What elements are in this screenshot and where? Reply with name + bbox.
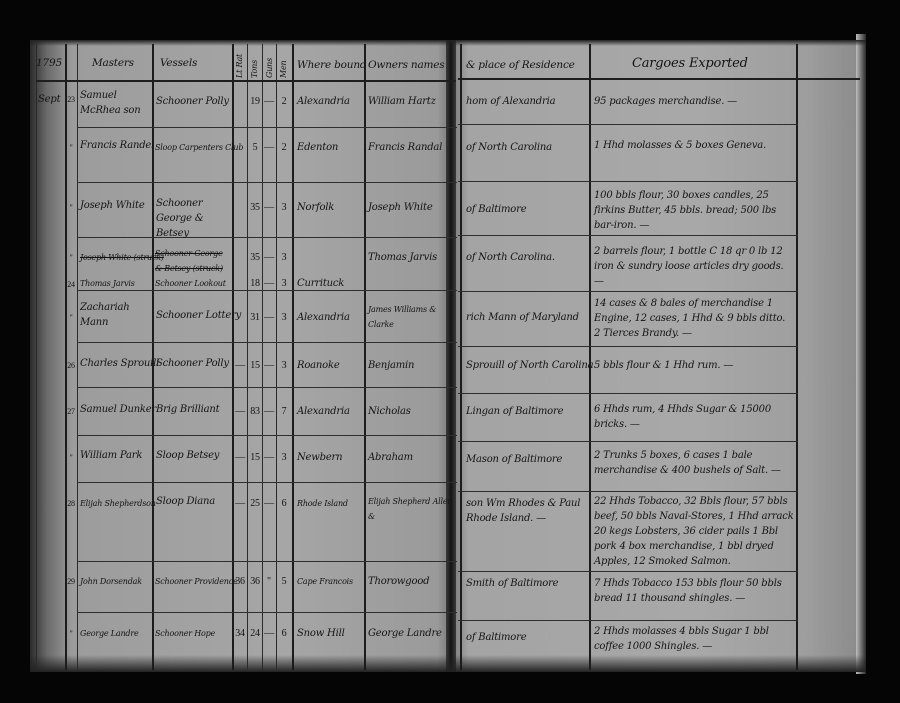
row-tons: 24 — [248, 626, 262, 641]
row-bound: Alexandria — [297, 404, 350, 419]
row-guns: — — [262, 140, 276, 155]
row-men: 6 — [277, 626, 291, 641]
row-guns: — — [262, 276, 276, 291]
row-cargo: 6 Hhds rum, 4 Hhds Sugar & 15000 bricks.… — [594, 402, 794, 432]
row-vessel: Sloop Betsey — [156, 448, 219, 463]
row-vessel: Sloop Diana — [156, 494, 215, 509]
row-cargo: 14 cases & 8 bales of merchandise 1 Engi… — [594, 296, 794, 341]
row-rule — [458, 291, 798, 292]
row-month: Sept — [38, 92, 60, 107]
row-bound: Alexandria — [297, 94, 350, 109]
row-men: 3 — [277, 310, 291, 325]
row-men: 2 — [277, 94, 291, 109]
row-cargo: 5 bbls flour & 1 Hhd rum. — — [594, 358, 794, 373]
header-vessels: Vessels — [160, 56, 197, 71]
row-guns: — — [262, 94, 276, 109]
row-cargo: 1 Hhd molasses & 5 boxes Geneva. — [594, 138, 794, 153]
row-vessel: Schooner Providence — [155, 574, 238, 589]
rule — [460, 44, 462, 670]
row-master: Francis Randel — [80, 138, 154, 153]
row-rule — [458, 393, 798, 394]
row-master: Charles Sprouill — [80, 356, 159, 371]
row-owner: Benjamin — [368, 358, 414, 373]
header-rule — [36, 80, 456, 82]
row-tons: 83 — [248, 404, 262, 419]
row-cargo: 2 Hhds molasses 4 bbls Sugar 1 bbl coffe… — [594, 624, 794, 654]
row-tons: 15 — [248, 358, 262, 373]
row-guns: — — [262, 404, 276, 419]
header-masters: Masters — [92, 56, 134, 71]
row-owner: Joseph White — [368, 200, 433, 215]
row-day: " — [64, 140, 78, 155]
row-cargo: 22 Hhds Tobacco, 32 Bbls flour, 57 bbls … — [594, 494, 794, 569]
row-tons: 31 — [248, 310, 262, 325]
row-rule — [77, 237, 457, 238]
row-rule — [458, 620, 798, 621]
row-guns: " — [262, 574, 276, 589]
row-rule — [458, 491, 798, 492]
row-owner: Elijah Shepherd Allen & — [368, 494, 454, 524]
header-place-of-residence: & place of Residence — [466, 58, 575, 73]
row-residence: of North Carolina. — [466, 250, 555, 265]
row-a: 36 — [233, 574, 247, 589]
row-owner: Thorowgood — [368, 574, 429, 589]
row-residence: Mason of Baltimore — [466, 452, 562, 467]
row-rule — [77, 482, 457, 483]
rule — [364, 44, 366, 670]
row-residence: Sprouill of North Carolina — [466, 358, 593, 373]
row-vessel: Schooner Polly — [156, 356, 229, 371]
row-rule — [77, 342, 457, 343]
row-residence: son Wm Rhodes & Paul Rhode Island. — — [466, 496, 584, 526]
rule — [292, 44, 294, 670]
row-vessel-struck: Schooner George & Betsey (struck) — [155, 246, 231, 276]
header-lt-rat: Lt Rat — [236, 50, 244, 78]
rule — [36, 44, 37, 670]
row-guns: — — [262, 496, 276, 511]
row-master: Samuel McRhea son — [80, 88, 150, 118]
row-guns: — — [262, 358, 276, 373]
row-day: 27 — [64, 404, 78, 419]
row-master: George Landre — [80, 626, 138, 641]
row-master: Samuel Dunker — [80, 402, 156, 417]
row-men: 3 — [277, 250, 291, 265]
row-cargo: 7 Hhds Tobacco 153 bbls flour 50 bbls br… — [594, 576, 794, 606]
book-gutter — [446, 40, 456, 672]
row-owner: James Williams & Clarke — [368, 302, 458, 332]
row-bound: Newbern — [297, 450, 342, 465]
row-rule — [77, 612, 457, 613]
row-rule — [458, 571, 798, 572]
row-owner: Abraham — [368, 450, 413, 465]
row-day: 29 — [64, 574, 78, 589]
row-guns: — — [262, 250, 276, 265]
row-tons: 15 — [248, 450, 262, 465]
row-vessel: Schooner Lottery — [156, 308, 241, 323]
row-rule — [458, 441, 798, 442]
row-vessel: Brig Brilliant — [156, 402, 219, 417]
row-men: 6 — [277, 496, 291, 511]
row-residence: Smith of Baltimore — [466, 576, 558, 591]
row-tons: 25 — [248, 496, 262, 511]
row-men: 3 — [277, 450, 291, 465]
row-vessel: Schooner Hope — [155, 626, 215, 641]
row-master: Elijah Shepherdson — [80, 496, 156, 511]
row-tons: 18 — [248, 276, 262, 291]
header-cargoes-exported: Cargoes Exported — [632, 56, 748, 71]
row-a: — — [233, 450, 247, 465]
row-rule — [77, 127, 457, 128]
row-residence: hom of Alexandria — [466, 94, 555, 109]
row-men: 3 — [277, 200, 291, 215]
row-tons: 36 — [248, 574, 262, 589]
top-shadow — [30, 40, 866, 46]
row-rule — [458, 181, 798, 182]
row-day: " — [64, 250, 78, 265]
row-master: Zachariah Mann — [80, 300, 144, 330]
header-tons: Tons — [251, 54, 259, 78]
row-cargo: 100 bbls flour, 30 boxes candles, 25 fir… — [594, 188, 794, 233]
row-owner: Nicholas — [368, 404, 411, 419]
row-vessel: Sloop Carpenters Club — [155, 140, 243, 155]
row-master: John Dorsendak — [80, 574, 142, 589]
row-men: 2 — [277, 140, 291, 155]
bottom-shadow — [30, 655, 866, 672]
row-cargo: 95 packages merchandise. — — [594, 94, 794, 109]
row-rule — [458, 346, 798, 347]
row-day: 24 — [64, 277, 78, 292]
row-men: 3 — [277, 358, 291, 373]
row-cargo: 2 barrels flour, 1 bottle C 18 qr 0 lb 1… — [594, 244, 794, 289]
row-master-struck: Joseph White (struck) — [80, 250, 164, 265]
row-owner: George Landre — [368, 626, 442, 641]
row-day: 23 — [64, 92, 78, 107]
header-men: Men — [280, 54, 288, 78]
row-day: " — [64, 310, 78, 325]
row-bound: Roanoke — [297, 358, 340, 373]
row-bound: Alexandria — [297, 310, 350, 325]
row-bound: Snow Hill — [297, 626, 345, 641]
row-a: — — [233, 404, 247, 419]
row-rule — [77, 387, 457, 388]
row-day: " — [64, 200, 78, 215]
header-date: 1795 — [36, 56, 62, 71]
row-bound: Edenton — [297, 140, 338, 155]
row-day: 28 — [64, 496, 78, 511]
ledger-scan: 1795 Masters Vessels Lt Rat Tons Guns Me… — [0, 0, 900, 703]
row-residence: of North Carolina — [466, 140, 552, 155]
row-vessel: Schooner George & Betsey — [156, 196, 232, 241]
row-guns: — — [262, 626, 276, 641]
row-tons: 5 — [248, 140, 262, 155]
row-residence: of Baltimore — [466, 202, 526, 217]
row-tons: 19 — [248, 94, 262, 109]
row-day: " — [64, 450, 78, 465]
header-where-bound: Where bound — [297, 58, 366, 73]
row-bound: Cape Francois — [297, 574, 353, 589]
row-residence: Lingan of Baltimore — [466, 404, 563, 419]
row-a: — — [233, 496, 247, 511]
row-bound: Norfolk — [297, 200, 334, 215]
row-vessel: Schooner Lookout — [155, 276, 226, 291]
row-owner: Thomas Jarvis — [368, 250, 437, 265]
row-rule — [458, 124, 798, 125]
row-men: 7 — [277, 404, 291, 419]
header-owners-names: Owners names — [368, 58, 445, 73]
row-men: 5 — [277, 574, 291, 589]
row-master: William Park — [80, 448, 142, 463]
row-rule — [458, 235, 798, 236]
row-guns: — — [262, 450, 276, 465]
row-vessel: Schooner Polly — [156, 94, 229, 109]
row-guns: — — [262, 200, 276, 215]
row-owner: Francis Randal — [368, 140, 442, 155]
row-men: 3 — [277, 276, 291, 291]
row-residence: of Baltimore — [466, 630, 526, 645]
row-residence: rich Mann of Maryland — [466, 310, 579, 325]
row-owner: William Hartz — [368, 94, 436, 109]
row-rule — [77, 561, 457, 562]
row-a: — — [233, 358, 247, 373]
row-day: 26 — [64, 358, 78, 373]
row-a: 34 — [233, 626, 247, 641]
row-tons: 35 — [248, 200, 262, 215]
rule — [589, 44, 591, 670]
row-rule — [77, 182, 457, 183]
row-master: Joseph White — [80, 198, 145, 213]
page-edge — [856, 34, 866, 674]
header-guns: Guns — [266, 50, 274, 78]
row-master: Thomas Jarvis — [80, 276, 135, 291]
row-bound: Currituck — [297, 276, 344, 291]
row-bound: Rhode Island — [297, 496, 348, 511]
row-day: " — [64, 626, 78, 641]
row-cargo: 2 Trunks 5 boxes, 6 cases 1 bale merchan… — [594, 448, 794, 478]
row-rule — [77, 435, 457, 436]
row-tons: 35 — [248, 250, 262, 265]
row-guns: — — [262, 310, 276, 325]
header-rule — [458, 78, 860, 80]
rule — [796, 44, 798, 670]
